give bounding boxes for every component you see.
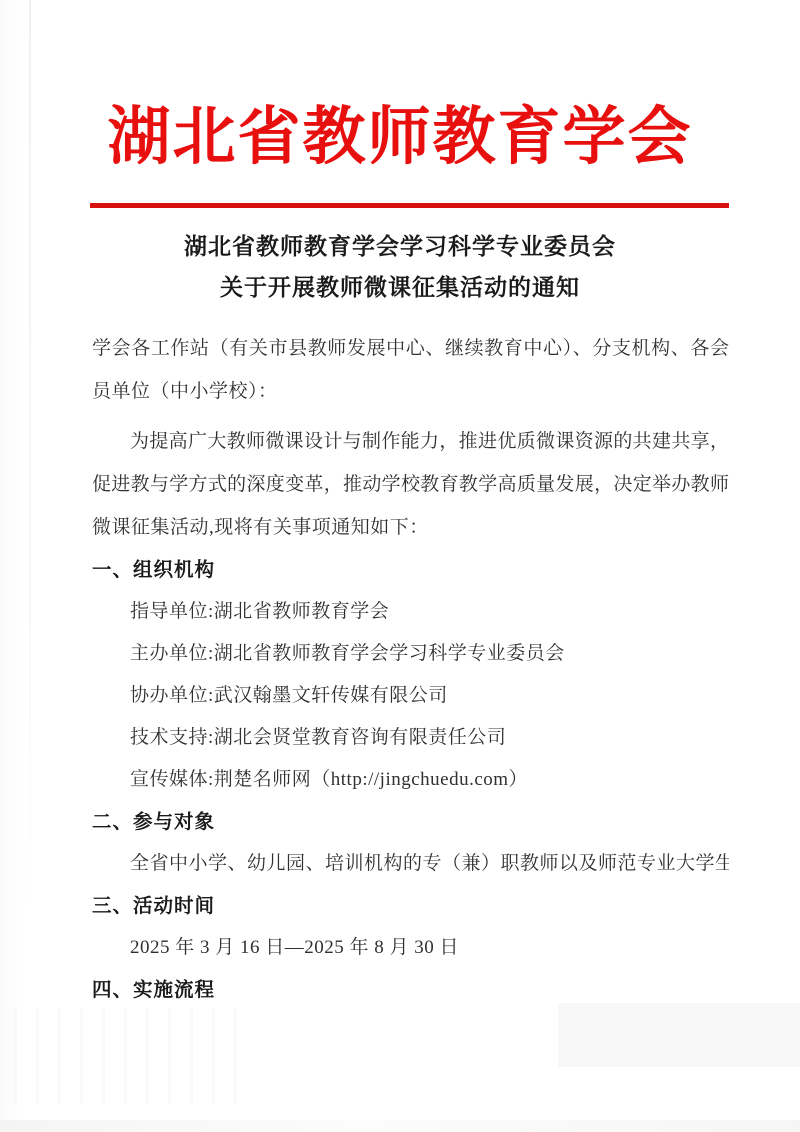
section-heading-participants: 二、参与对象 <box>92 801 729 843</box>
org-item-media: 宣传媒体:荆楚名师网（http://jingchuedu.com） <box>92 759 729 801</box>
section-participants: 二、参与对象 全省中小学、幼儿园、培训机构的专（兼）职教师以及师范专业大学生 <box>92 801 729 885</box>
letterhead-rule <box>90 203 729 208</box>
section-organization: 一、组织机构 指导单位:湖北省教师教育学会 主办单位:湖北省教师教育学会学习科学… <box>92 549 729 801</box>
intro-line-2: 促进教与学方式的深度变革，推动学校教育教学高质量发展，决定举办教师 <box>92 463 729 506</box>
section-schedule: 三、活动时间 2025 年 3 月 16 日—2025 年 8 月 30 日 <box>92 885 729 969</box>
schedule-date-range: 2025 年 3 月 16 日—2025 年 8 月 30 日 <box>92 927 729 969</box>
scan-artifact-bottom-left <box>14 1008 254 1104</box>
section-heading-organization: 一、组织机构 <box>92 549 729 591</box>
body-text: 学会各工作站（有关市县教师发展中心、继续教育中心）、分支机构、各会 员单位（中小… <box>92 327 729 1011</box>
org-item-host-unit: 主办单位:湖北省教师教育学会学习科学专业委员会 <box>92 633 729 675</box>
salutation-line-2: 员单位（中小学校）： <box>92 370 729 413</box>
intro-paragraph: 为提高广大教师微课设计与制作能力，推进优质微课资源的共建共享， 促进教与学方式的… <box>92 420 729 549</box>
letterhead: 湖北省教师教育学会 <box>0 90 800 208</box>
section-heading-schedule: 三、活动时间 <box>92 885 729 927</box>
letterhead-org-name: 湖北省教师教育学会 <box>0 90 800 184</box>
scanned-notice-page: 湖北省教师教育学会 湖北省教师教育学会学习科学专业委员会 关于开展教师微课征集活… <box>0 0 800 1132</box>
org-item-guiding-unit: 指导单位:湖北省教师教育学会 <box>92 591 729 633</box>
doc-title-line2: 关于开展教师微课征集活动的通知 <box>0 273 800 301</box>
salutation-paragraph: 学会各工作站（有关市县教师发展中心、继续教育中心）、分支机构、各会 员单位（中小… <box>92 327 729 413</box>
participants-item: 全省中小学、幼儿园、培训机构的专（兼）职教师以及师范专业大学生 <box>92 843 729 885</box>
intro-line-1: 为提高广大教师微课设计与制作能力，推进优质微课资源的共建共享， <box>92 420 729 463</box>
scan-artifact-bottom-right <box>558 1003 800 1067</box>
section-process: 四、实施流程 <box>92 969 729 1011</box>
org-item-technical-support: 技术支持:湖北会贤堂教育咨询有限责任公司 <box>92 717 729 759</box>
doc-title-line1: 湖北省教师教育学会学习科学专业委员会 <box>0 232 800 260</box>
scan-artifact-bottom-band <box>0 1120 800 1132</box>
notice-body: 湖北省教师教育学会学习科学专业委员会 关于开展教师微课征集活动的通知 学会各工作… <box>0 232 800 1011</box>
intro-line-3: 微课征集活动,现将有关事项通知如下： <box>92 506 729 549</box>
salutation-line-1: 学会各工作站（有关市县教师发展中心、继续教育中心）、分支机构、各会 <box>92 327 729 370</box>
org-item-coorganizer-unit: 协办单位:武汉翰墨文轩传媒有限公司 <box>92 675 729 717</box>
section-heading-process: 四、实施流程 <box>92 969 729 1011</box>
